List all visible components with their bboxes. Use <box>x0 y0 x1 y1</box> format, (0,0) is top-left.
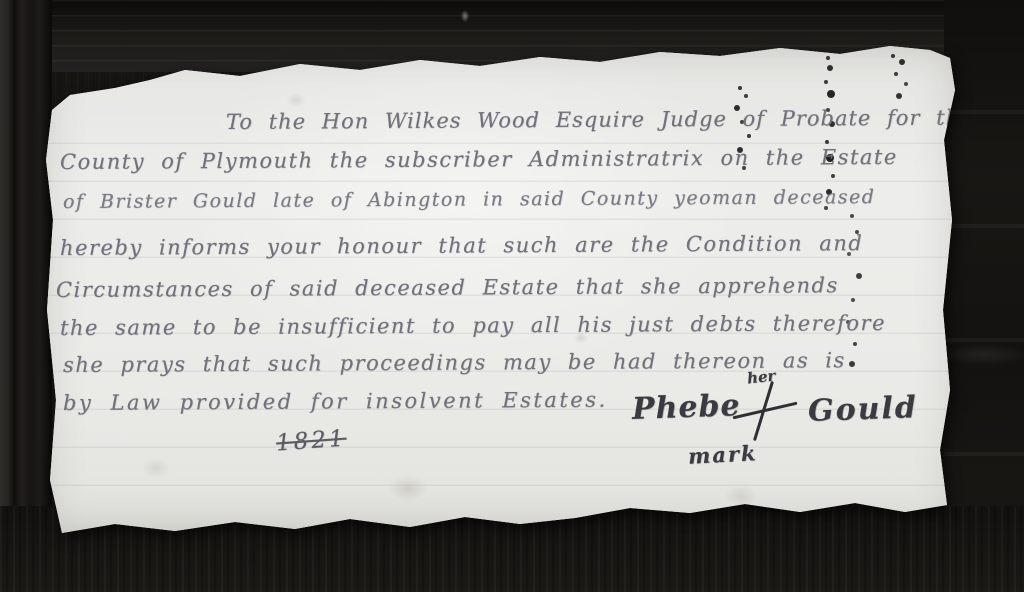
ink-splatter <box>738 86 742 90</box>
handwritten-line: To the Hon Wilkes Wood Esquire Judge of … <box>226 105 974 134</box>
handwritten-line: the same to be insufficient to pay all h… <box>60 311 886 340</box>
handwritten-line: Circumstances of said deceased Estate th… <box>56 273 839 302</box>
handwritten-line: hereby informs your honour that such are… <box>60 231 863 260</box>
signature-first-name: Phebe <box>631 388 741 427</box>
document-paper: To the Hon Wilkes Wood Esquire Judge of … <box>36 38 964 538</box>
ink-splatter <box>891 54 895 58</box>
background-wood-left-band <box>0 0 52 592</box>
handwritten-line: she prays that such proceedings may be h… <box>63 348 846 377</box>
signature-last-name: Gould <box>807 390 918 429</box>
signature-x-mark-icon <box>732 382 798 442</box>
ink-splatter <box>826 56 830 60</box>
document-photograph: To the Hon Wilkes Wood Esquire Judge of … <box>0 0 1024 592</box>
signature-mark-label: mark <box>687 440 758 469</box>
ink-splatter <box>850 214 854 218</box>
background-wood-right-band <box>944 0 1024 592</box>
handwritten-line: County of Plymouth the subscriber Admini… <box>60 145 898 174</box>
handwritten-line: by Law provided for insolvent Estates. <box>63 388 608 415</box>
struck-through-year: 1821 <box>275 426 347 457</box>
